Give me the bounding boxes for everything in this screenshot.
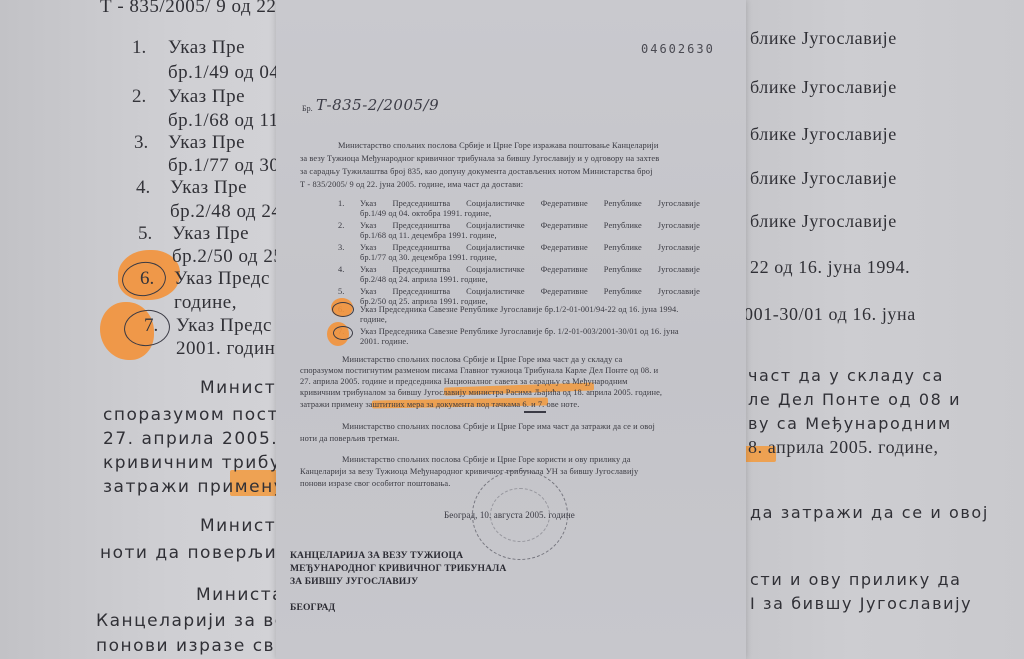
- item-word: Председништва: [392, 265, 450, 274]
- text-line: затражи примену за: [103, 477, 282, 497]
- item-word: Југославије: [658, 265, 700, 274]
- item-number: 3.: [134, 132, 148, 154]
- text-line: ву са Међународним: [748, 414, 952, 433]
- text-line: сти и ову прилику да: [750, 570, 962, 589]
- item-line: године,: [360, 315, 387, 324]
- text-line: бр.2/48 од 24: [170, 201, 281, 223]
- text-line: блике Југославије: [750, 168, 897, 189]
- text-line: Министа: [200, 378, 282, 398]
- item-word: Указ: [360, 287, 377, 296]
- item-word: Републике: [604, 243, 642, 252]
- item-line: Указ Председника Савезне Републике Југос…: [360, 327, 679, 336]
- item-word: Председништва: [392, 199, 450, 208]
- text-line: блике Југославије: [750, 211, 897, 232]
- item-word: Југославије: [658, 199, 700, 208]
- item-line: 2001. године.: [360, 337, 408, 346]
- item-word: Социјалистичке: [466, 199, 525, 208]
- item-word: Републике: [604, 221, 642, 230]
- text-line: ноти да поверљив тр: [100, 543, 282, 563]
- addressee-line: КАНЦЕЛАРИЈА ЗА ВЕЗУ ТУЖИОЦА: [290, 550, 463, 561]
- text-line: блике Југославије: [750, 28, 897, 49]
- item-word: Социјалистичке: [466, 287, 525, 296]
- text-line: Указ Пре: [168, 37, 245, 59]
- intro-line: за везу Тужиоца Међународног кривичног т…: [300, 154, 659, 163]
- item-word: Председништва: [392, 287, 450, 296]
- item-number: 4.: [136, 177, 150, 199]
- paragraph-line: кривичним трибуналом за бившу Југославиј…: [300, 388, 662, 397]
- paragraph-line: 27. априла 2005. године и председника На…: [300, 377, 628, 386]
- item-word: Југославије: [658, 287, 700, 296]
- item-word: Социјалистичке: [466, 221, 525, 230]
- text-line: ле Дел Понте од 08 и: [748, 390, 961, 409]
- text-line: Указ Пре: [168, 86, 245, 108]
- item-line: УказПредседништваСоцијалистичкеФедератив…: [360, 199, 700, 208]
- item-word: Федеративне: [541, 199, 588, 208]
- item-number: 7.: [144, 315, 158, 337]
- handwritten-reference: Т-835-2/2005/9: [316, 96, 439, 114]
- paragraph-line: затражи примену заштитних мера за докуме…: [300, 400, 579, 409]
- text-line: 27. априла 2005.: [103, 429, 278, 449]
- item-line: бр.1/77 од 30. децембра 1991. године,: [360, 253, 497, 262]
- item-number: 5.: [338, 287, 344, 296]
- text-line: Министа: [200, 516, 282, 536]
- item-line: УказПредседништваСоцијалистичкеФедератив…: [360, 243, 700, 252]
- item-line: УказПредседништваСоцијалистичкеФедератив…: [360, 221, 700, 230]
- item-word: Председништва: [392, 243, 450, 252]
- text-line: Т - 835/2005/ 9 од 22: [100, 0, 276, 18]
- text-line: блике Југославије: [750, 77, 897, 98]
- left-page-fragment: Т - 835/2005/ 9 од 22 1. Указ Пре бр.1/4…: [0, 0, 282, 659]
- right-page-fragment: блике Југославије блике Југославије блик…: [736, 0, 1024, 659]
- reference-label: Бр.: [302, 104, 313, 113]
- handwritten-underline: [524, 411, 546, 413]
- intro-line: Министарство спољних послова Србије и Цр…: [338, 141, 658, 150]
- text-line: 8. априла 2005. године,: [748, 437, 939, 458]
- center-document-page: 04602630 Бр. Т-835-2/2005/9 Министарство…: [276, 0, 746, 659]
- text-line: године,: [174, 292, 237, 314]
- item-word: Републике: [604, 199, 642, 208]
- item-word: Председништва: [392, 221, 450, 230]
- text-line: Указ Пре: [170, 177, 247, 199]
- text-line: споразумом постигн: [103, 405, 282, 425]
- item-line: бр.1/68 од 11. децембра 1991. године,: [360, 231, 497, 240]
- text-line: бр.1/49 од 04: [168, 62, 279, 84]
- place-and-date: Београд, 10. августа 2005. године: [444, 510, 575, 520]
- text-line: бр.1/68 од 11: [168, 110, 279, 132]
- item-word: Социјалистичке: [466, 243, 525, 252]
- text-line: Канцеларији за вез: [96, 611, 282, 631]
- item-word: Републике: [604, 287, 642, 296]
- text-line: да затражи да се и овој: [750, 503, 989, 522]
- paragraph-line: Канцеларији за везу Тужиоца Међународног…: [300, 467, 638, 476]
- paragraph-line: Министарство спољних послова Србије и Цр…: [342, 455, 631, 464]
- item-line: УказПредседништваСоцијалистичкеФедератив…: [360, 265, 700, 274]
- intro-line: Т - 835/2005/ 9 од 22. јуна 2005. године…: [300, 180, 523, 189]
- item-word: Федеративне: [541, 265, 588, 274]
- item-word: Указ: [360, 243, 377, 252]
- circle-mark-7: [333, 326, 353, 340]
- item-word: Федеративне: [541, 243, 588, 252]
- item-line: бр.1/49 од 04. октобра 1991. године,: [360, 209, 491, 218]
- item-number: 6.: [140, 268, 154, 290]
- text-line: 22 од 16. јуна 1994.: [750, 257, 910, 278]
- text-line: блике Југославије: [750, 124, 897, 145]
- addressee-line: МЕЂУНАРОДНОГ КРИВИЧНОГ ТРИБУНАЛА: [290, 563, 506, 574]
- item-word: Југославије: [658, 221, 700, 230]
- item-word: Указ: [360, 265, 377, 274]
- item-line: бр.2/48 од 24. априла 1991. године,: [360, 275, 488, 284]
- item-word: Републике: [604, 265, 642, 274]
- text-line: част да у складу са: [748, 366, 944, 385]
- item-line: УказПредседништваСоцијалистичкеФедератив…: [360, 287, 700, 296]
- paragraph-line: Министарство спољних послова Србије и Цр…: [342, 355, 622, 364]
- text-line: Указ Предс: [176, 315, 272, 337]
- text-line: Указ Пре: [172, 223, 249, 245]
- addressee-city: БЕОГРАД: [290, 602, 335, 613]
- paragraph-line: Министарство спољних послова Србије и Цр…: [342, 422, 655, 431]
- item-number: 1.: [132, 37, 146, 59]
- item-line: Указ Председника Савезне Републике Југос…: [360, 305, 679, 314]
- item-word: Југославије: [658, 243, 700, 252]
- paragraph-line: споразумом постигнутим разменом писама Г…: [300, 366, 658, 375]
- intro-line: за сарадњу Тужилаштва број 835, као допу…: [300, 167, 653, 176]
- item-word: Социјалистичке: [466, 265, 525, 274]
- paragraph-line: понови изразе свог особитог поштовања.: [300, 479, 450, 488]
- text-line: Указ Пре: [168, 132, 245, 154]
- text-line: бр.2/50 од 25: [172, 246, 282, 268]
- text-line: I за бившу Југославију: [750, 594, 972, 613]
- text-line: Указ Предс: [174, 268, 270, 290]
- addressee-line: ЗА БИВШУ ЈУГОСЛАВИЈУ: [290, 576, 418, 587]
- item-number: 4.: [338, 265, 344, 274]
- item-number: 1.: [338, 199, 344, 208]
- circle-mark-6: [332, 302, 354, 317]
- text-line: 2001. године: [176, 338, 282, 360]
- item-number: 3.: [338, 243, 344, 252]
- text-line: понови изразе свог о: [96, 636, 282, 656]
- item-number: 2.: [132, 86, 146, 108]
- document-serial-number: 04602630: [641, 42, 715, 56]
- text-line: Министа: [196, 585, 282, 605]
- item-word: Указ: [360, 221, 377, 230]
- item-word: Федеративне: [541, 287, 588, 296]
- text-line: 001-30/01 од 16. јуна: [744, 304, 916, 325]
- item-number: 5.: [138, 223, 152, 245]
- paragraph-line: ноти да поверљив третман.: [300, 434, 399, 443]
- text-line: бр.1/77 од 30: [168, 155, 279, 177]
- text-line: кривичним трибуна: [103, 453, 282, 473]
- item-number: 2.: [338, 221, 344, 230]
- item-word: Указ: [360, 199, 377, 208]
- item-word: Федеративне: [541, 221, 588, 230]
